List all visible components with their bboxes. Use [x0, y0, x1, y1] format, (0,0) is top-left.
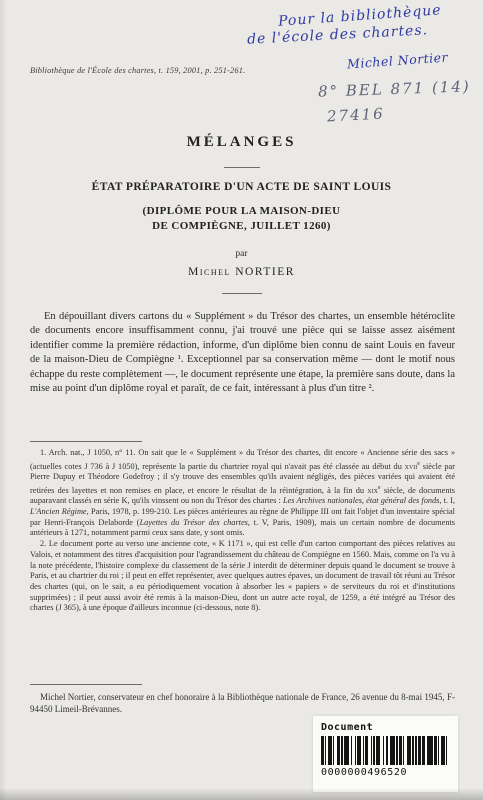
handwritten-dedication-line2: de l'école des chartes.: [247, 22, 429, 47]
barcode-number: 0000000496520: [321, 767, 450, 778]
barcode-image: [321, 736, 450, 765]
handwritten-accession-number: 27416: [327, 105, 386, 126]
byline-par: par: [0, 249, 483, 259]
byline-divider: [222, 293, 262, 294]
barcode-label: Document: [321, 722, 450, 733]
handwritten-signature: Michel Nortier: [347, 49, 449, 71]
journal-citation: Bibliothèque de l'École des chartes, t. …: [30, 66, 245, 75]
title-divider: [224, 167, 260, 168]
author-note-divider: [30, 684, 142, 685]
footnotes: 1. Arch. nat., J 1050, n° 11. On sait qu…: [30, 448, 455, 682]
article-subtitle: (DIPLÔME POUR LA MAISON-DIEU DE COMPIÈGN…: [0, 204, 483, 234]
footnote-divider: [30, 441, 142, 442]
section-title: MÉLANGES: [0, 134, 483, 151]
footnote-1: 1. Arch. nat., J 1050, n° 11. On sait qu…: [30, 448, 455, 539]
library-barcode-sticker: Document 0000000496520: [313, 716, 458, 792]
handwritten-shelfmark: 8° BEL 871 (14): [318, 77, 471, 100]
article-subtitle-line1: (DIPLÔME POUR LA MAISON-DIEU: [0, 204, 483, 219]
article-subtitle-line2: DE COMPIÈGNE, JUILLET 1260): [0, 219, 483, 234]
scanned-page: Bibliothèque de l'École des chartes, t. …: [0, 0, 483, 800]
body-paragraph: En dépouillant divers cartons du « Suppl…: [30, 310, 455, 396]
author-affiliation-note: Michel Nortier, conservateur en chef hon…: [30, 691, 455, 715]
article-title: ÉTAT PRÉPARATOIRE D'UN ACTE DE SAINT LOU…: [0, 181, 483, 193]
author-name: Michel NORTIER: [0, 266, 483, 278]
footnote-2: 2. Le document porte au verso une ancien…: [30, 539, 455, 614]
